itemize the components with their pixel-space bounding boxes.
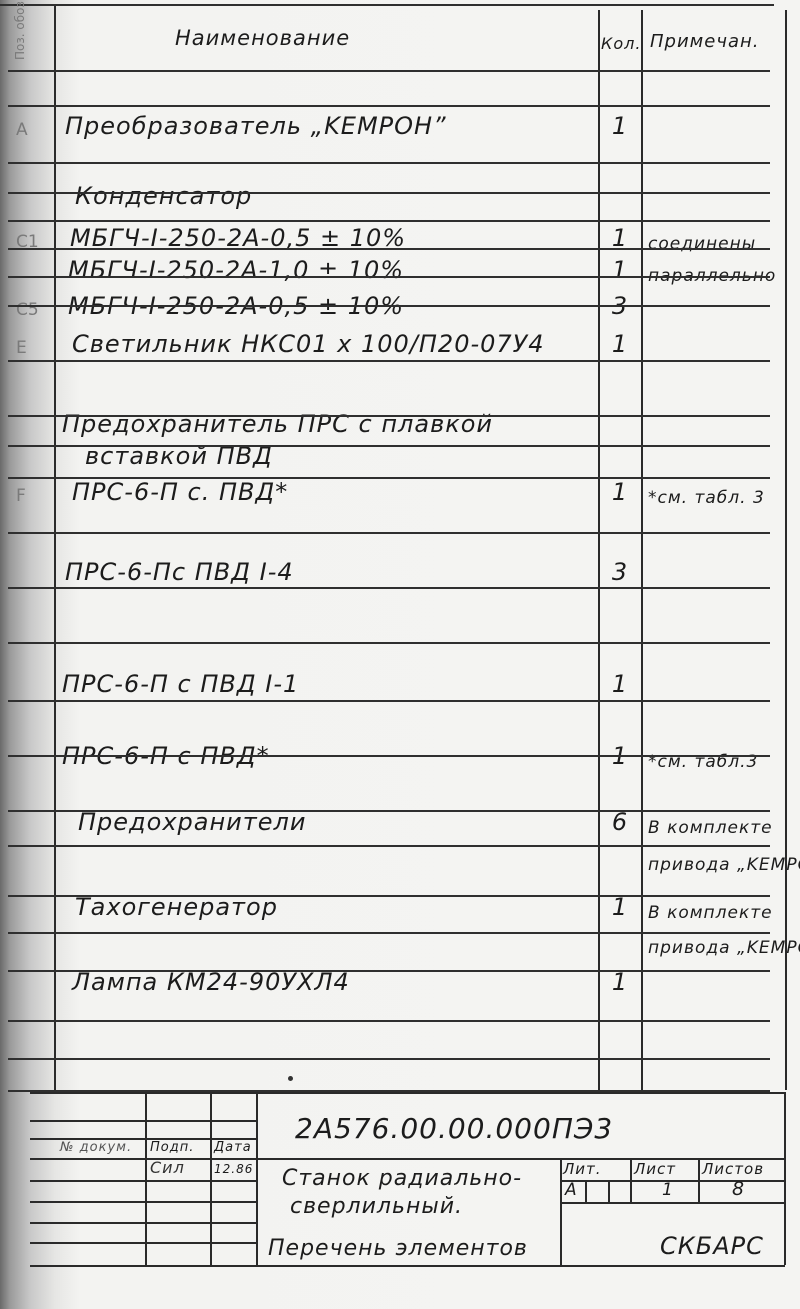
- row-designation: A: [16, 116, 28, 144]
- speck: [288, 1076, 293, 1081]
- row-name: ПРС-6-Пс ПВД I-4: [65, 558, 294, 586]
- row-designation: E: [16, 334, 27, 362]
- label-sheets: Листов: [702, 1160, 764, 1178]
- row-qty: 1: [600, 256, 640, 284]
- row-note: *см. табл. 3: [648, 484, 765, 512]
- signature: Сил: [150, 1158, 185, 1177]
- row-designation: C5: [16, 296, 39, 324]
- row-divider: [8, 220, 770, 222]
- row-qty: 1: [600, 112, 640, 140]
- row-divider: [8, 1058, 770, 1060]
- column-divider: [641, 10, 643, 1090]
- row-divider: [8, 970, 770, 972]
- label-lit: Лит.: [563, 1160, 602, 1178]
- row-note: В комплекте: [648, 899, 773, 927]
- document-title: Перечень элементов: [268, 1236, 528, 1261]
- row-name: Светильник НКС01 х 100/П20-07У4: [72, 330, 545, 358]
- row-qty: 1: [600, 330, 640, 358]
- row-divider: [8, 755, 770, 757]
- lit-value: А: [565, 1180, 578, 1200]
- column-divider: [54, 4, 56, 1094]
- sheets-value: 8: [732, 1178, 745, 1200]
- row-divider: [8, 248, 770, 250]
- row-divider: [8, 642, 770, 644]
- row-divider: [8, 445, 770, 447]
- row-qty: 1: [600, 968, 640, 996]
- row-qty: 3: [600, 558, 640, 586]
- row-divider: [8, 305, 770, 307]
- label-doc-no: № докум.: [60, 1140, 132, 1155]
- row-divider: [8, 70, 770, 72]
- table-right-border: [785, 10, 787, 1090]
- row-divider: [8, 360, 770, 362]
- row-note: привода „KEMPOH”: [648, 934, 800, 962]
- row-name: Предохранители: [78, 808, 306, 836]
- row-qty: 1: [600, 893, 640, 921]
- row-designation: C1: [16, 228, 39, 256]
- document-number: 2А576.00.00.000ПЭ3: [295, 1112, 613, 1145]
- document-page: Поз. обозн. Наименование Кол. Примечан. …: [0, 0, 800, 1309]
- row-note: В комплекте: [648, 814, 773, 842]
- row-divider: [8, 105, 770, 107]
- product-name-line1: Станок радиально-: [282, 1166, 522, 1191]
- header-note: Примечан.: [650, 28, 759, 56]
- label-sheet: Лист: [634, 1160, 676, 1178]
- row-note: *см. табл.3: [648, 748, 758, 776]
- row-qty: 6: [600, 808, 640, 836]
- row-name: Конденсатор: [75, 182, 252, 210]
- row-name: ПРС-6-П с. ПВД*: [72, 478, 288, 506]
- row-qty: 1: [600, 670, 640, 698]
- row-divider: [8, 415, 770, 417]
- row-divider: [8, 477, 770, 479]
- row-name: Лампа КМ24-90УХЛ4: [72, 968, 350, 996]
- row-name: Преобразователь „KEMPOH”: [65, 112, 447, 140]
- header-name: Наименование: [175, 24, 350, 52]
- organization: СКБАРС: [660, 1232, 764, 1260]
- row-designation: F: [16, 482, 26, 510]
- row-divider: [8, 162, 770, 164]
- header-designation: Поз. обозн.: [6, 0, 34, 60]
- date-value: 12.86: [214, 1162, 253, 1176]
- row-divider: [8, 845, 770, 847]
- row-divider: [8, 276, 770, 278]
- row-divider: [8, 895, 770, 897]
- row-divider: [8, 532, 770, 534]
- label-sign: Подп.: [150, 1140, 194, 1155]
- row-divider: [8, 587, 770, 589]
- row-qty: 1: [600, 478, 640, 506]
- row-divider: [8, 1020, 770, 1022]
- elements-table: Поз. обозн. Наименование Кол. Примечан. …: [0, 0, 790, 1095]
- row-name: МБГЧ-I-250-2А-1,0 ± 10%: [68, 256, 404, 284]
- column-divider: [598, 10, 600, 1090]
- row-divider: [8, 700, 770, 702]
- header-qty: Кол.: [601, 30, 641, 58]
- label-date: Дата: [214, 1140, 252, 1155]
- row-divider: [8, 932, 770, 934]
- row-note: соединены: [648, 230, 756, 258]
- product-name-line2: сверлильный.: [290, 1194, 463, 1219]
- row-name: Тахогенератор: [75, 893, 278, 921]
- row-note: привода „KEMPOH”: [648, 851, 800, 879]
- table-top-border: [0, 4, 774, 6]
- row-divider: [8, 192, 770, 194]
- row-name: ПРС-6-П с ПВД I-1: [62, 670, 299, 698]
- sheet-value: 1: [662, 1180, 674, 1200]
- row-divider: [8, 810, 770, 812]
